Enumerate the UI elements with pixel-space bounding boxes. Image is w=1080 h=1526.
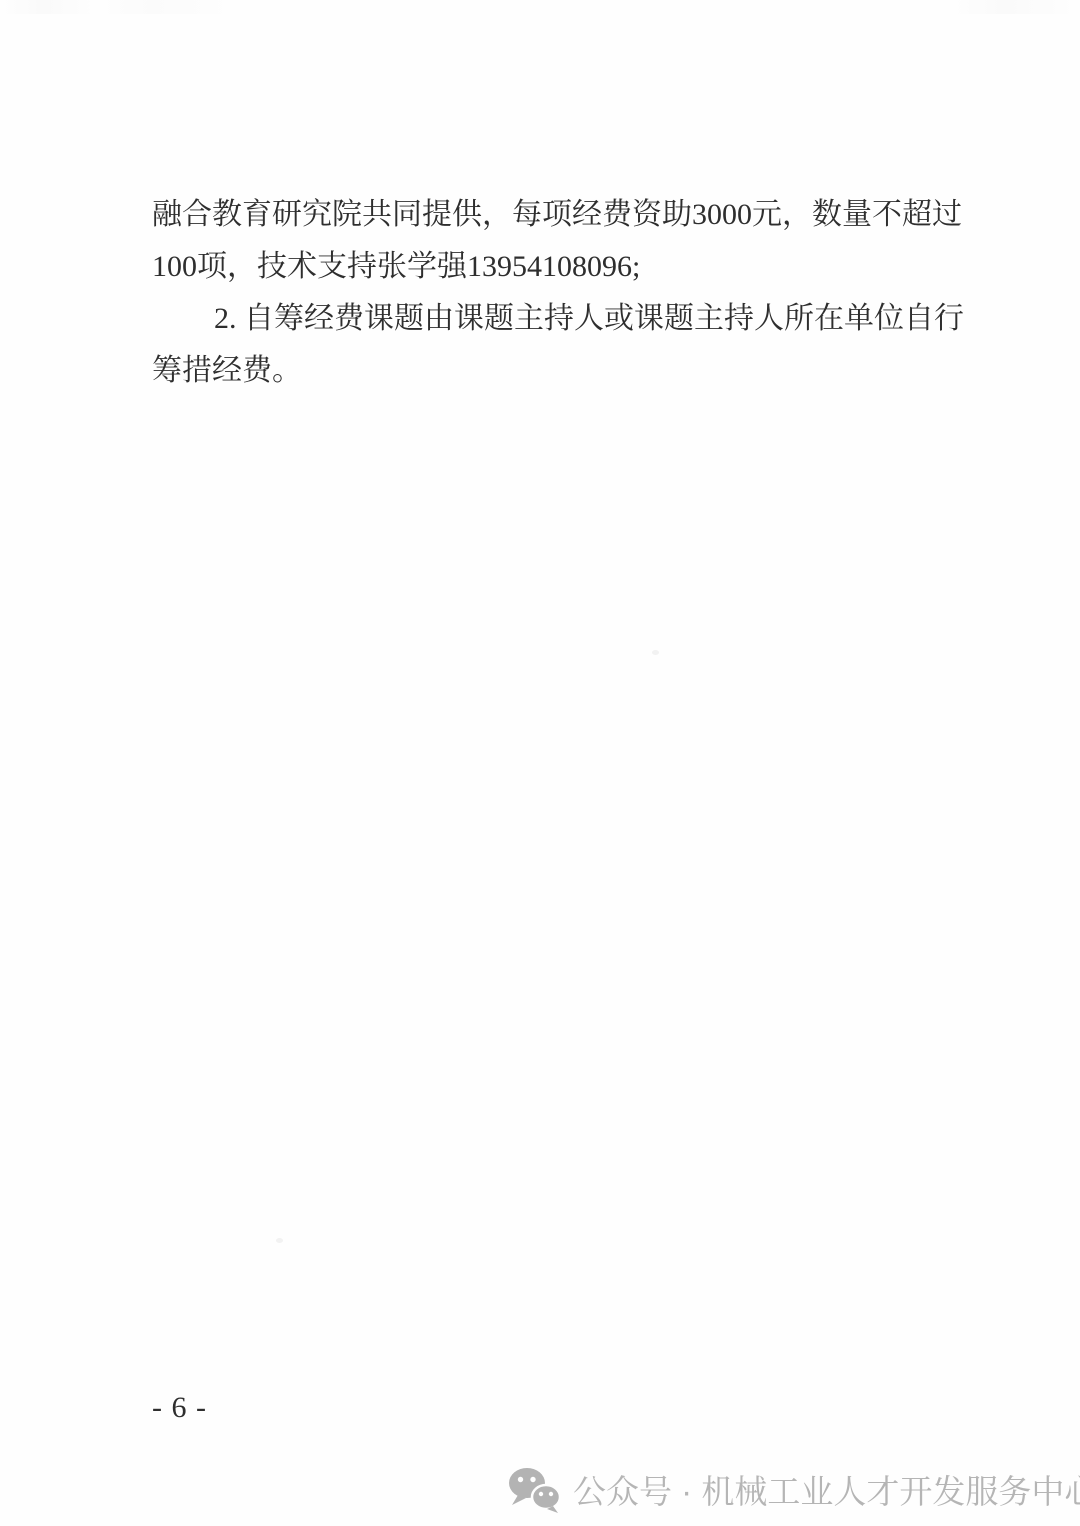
document-line: 2. 自筹经费课题由课题主持人或课题主持人所在单位自行 [152,293,952,345]
document-line: 筹措经费。 [152,345,952,397]
scan-artifact [0,0,1080,14]
document-body: 融合教育研究院共同提供，每项经费资助3000元，数量不超过 100项，技术支持张… [152,189,952,397]
wechat-watermark: 公众号 · 机械工业人才开发服务中心 [506,1464,1080,1514]
document-page: 融合教育研究院共同提供，每项经费资助3000元，数量不超过 100项，技术支持张… [0,0,1080,1526]
document-line: 融合教育研究院共同提供，每项经费资助3000元，数量不超过 [152,189,952,241]
page-number: - 6 - [152,1390,207,1426]
watermark-label: 公众号 · 机械工业人才开发服务中心 [573,1466,1080,1513]
scan-speck [652,650,659,655]
wechat-icon [506,1466,563,1513]
scan-speck [276,1238,283,1243]
document-line: 100项，技术支持张学强13954108096; [152,241,952,293]
